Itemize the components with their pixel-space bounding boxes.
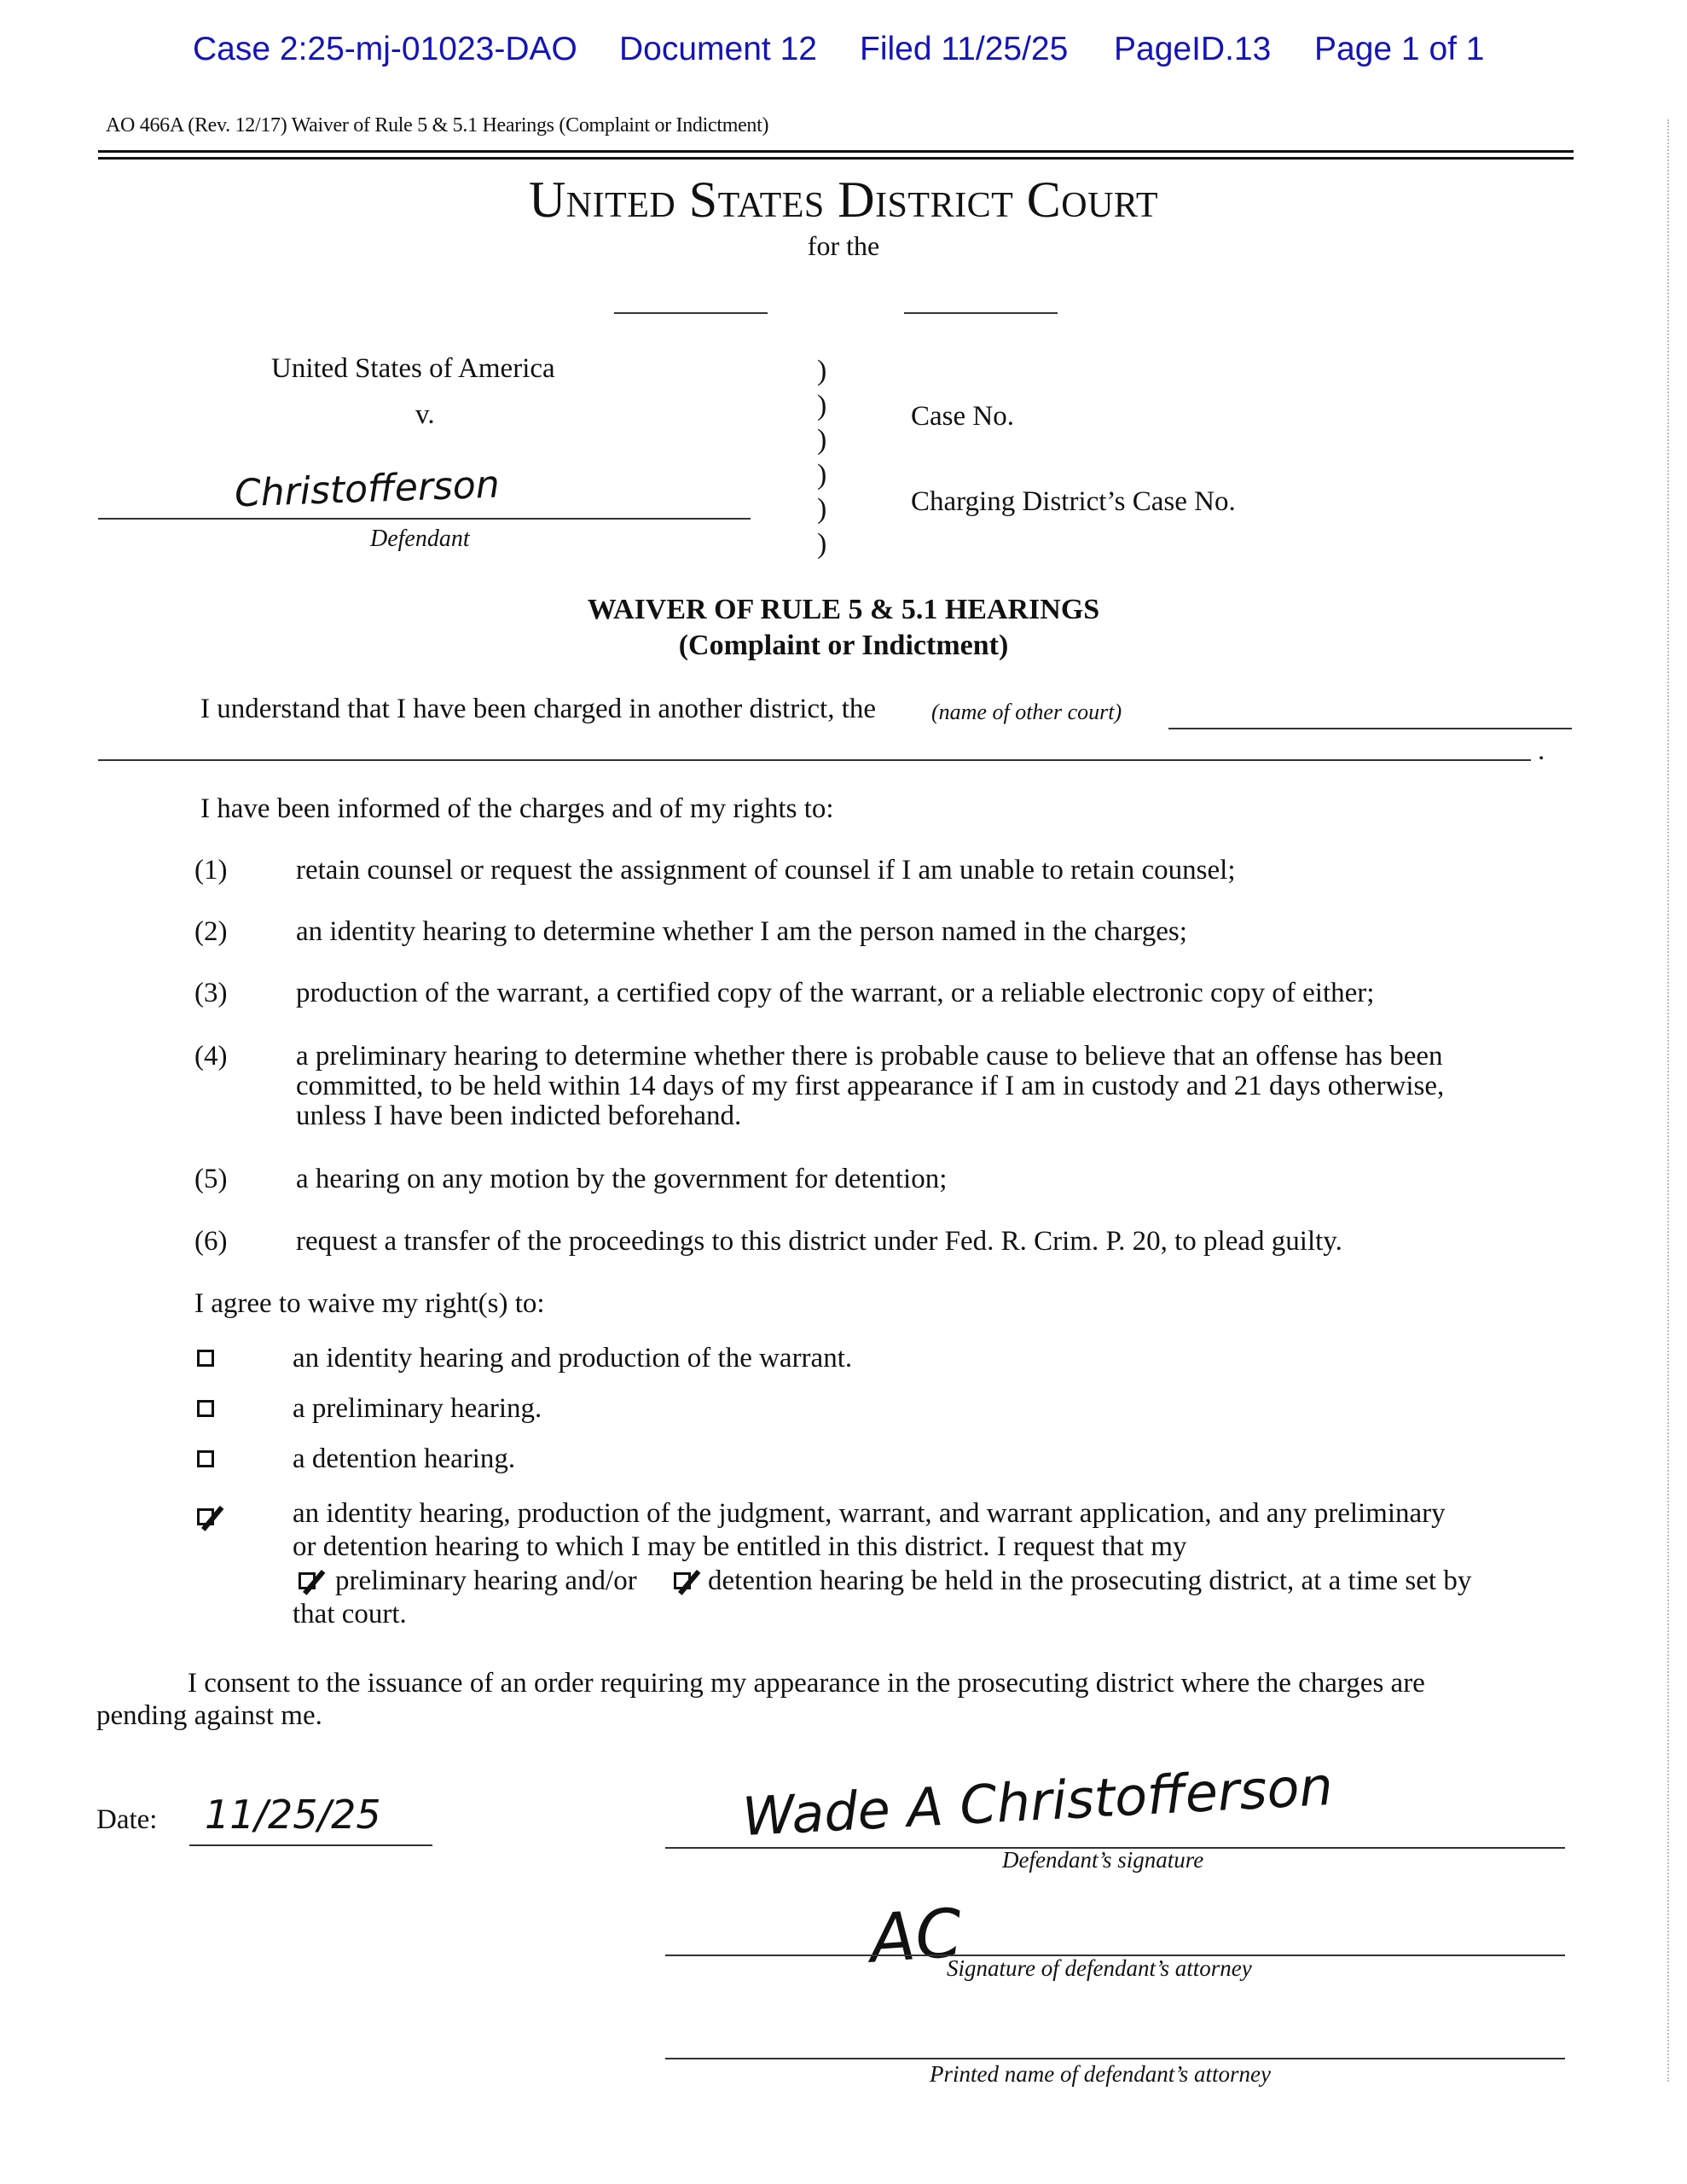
checkbox-detention[interactable] [197,1450,214,1467]
checkbox-preliminary[interactable] [197,1400,214,1417]
option-label: a detention hearing. [293,1443,515,1475]
scan-edge [1667,119,1669,2082]
consent-text-line2: pending against me. [96,1700,322,1732]
defendant-label: Defendant [370,526,470,553]
right-number: (4) [194,1041,227,1072]
consent-text: I consent to the issuance of an order re… [188,1668,1425,1699]
checkbox-identity-judgment-all[interactable] [197,1508,214,1525]
right-number: (5) [194,1164,227,1195]
caption-paren: ) [817,424,826,456]
right-text: production of the warrant, a certified c… [296,978,1374,1009]
right-text: unless I have been indicted beforehand. [296,1101,741,1132]
option-tail: that court. [293,1599,407,1630]
form-code: AO 466A (Rev. 12/17) Waiver of Rule 5 & … [106,114,768,137]
right-number: (1) [194,855,227,886]
page-id: PageID.13 [1114,31,1271,68]
option-label: an identity hearing and production of th… [293,1343,852,1374]
defendant-signature-label: Defendant’s signature [1002,1847,1203,1873]
caption-paren: ) [817,355,826,387]
checkbox-sub-detention[interactable] [674,1572,691,1589]
attorney-printed-name-line [665,2058,1565,2059]
right-text: committed, to be held within 14 days of … [296,1071,1444,1102]
informed-text: I have been informed of the charges and … [200,793,834,825]
district-blank-1[interactable] [614,312,768,314]
option-label: an identity hearing, production of the j… [293,1498,1446,1530]
caption-paren: ) [817,390,826,422]
charging-case-no-label: Charging District’s Case No. [911,486,1236,518]
court-title: United States District Court [0,171,1687,229]
period: . [1538,735,1545,767]
case-no-label: Case No. [911,401,1014,433]
right-text: a hearing on any motion by the governmen… [296,1164,947,1195]
waiver-subtitle: (Complaint or Indictment) [0,630,1687,662]
defendant-name-field[interactable]: Christofferson [234,463,500,516]
for-the-label: for the [0,230,1687,262]
right-text: retain counsel or request the assignment… [296,855,1236,886]
date-field[interactable]: 11/25/25 [205,1792,381,1838]
attorney-printed-name-label: Printed name of defendant’s attorney [930,2061,1271,2088]
other-court-field-line2[interactable] [98,759,1531,761]
header-rule-bottom [98,157,1574,160]
sub-detention-label: detention hearing be held in the prosecu… [708,1565,1471,1597]
intro-text: I understand that I have been charged in… [200,694,876,725]
date-line [189,1844,432,1846]
caption-paren: ) [817,528,826,561]
versus: v. [415,399,435,431]
other-court-hint: (name of other court) [931,700,1122,725]
option-label: a preliminary hearing. [293,1393,542,1425]
page-count: Page 1 of 1 [1314,31,1485,68]
right-text: an identity hearing to determine whether… [296,916,1187,948]
option-label: or detention hearing to which I may be e… [293,1531,1186,1563]
filed-date: Filed 11/25/25 [860,31,1068,68]
checkbox-identity-warrant[interactable] [197,1350,214,1367]
attorney-signature-label: Signature of defendant’s attorney [947,1955,1252,1982]
checkbox-sub-preliminary[interactable] [299,1572,316,1589]
header-rule-top [98,150,1574,153]
defendant-name-line [98,518,751,520]
agree-text: I agree to waive my right(s) to: [194,1288,545,1320]
case-number: Case 2:25-mj-01023-DAO [193,31,577,68]
plaintiff-name: United States of America [271,353,555,385]
caption-paren: ) [817,459,826,491]
document-number: Document 12 [619,31,817,68]
defendant-signature-field[interactable]: Wade A Christofferson [741,1755,1335,1848]
date-label: Date: [96,1804,157,1836]
right-number: (3) [194,978,227,1009]
district-blank-2[interactable] [904,312,1058,314]
right-text: a preliminary hearing to determine wheth… [296,1041,1443,1072]
right-number: (2) [194,916,227,948]
right-text: request a transfer of the proceedings to… [296,1226,1342,1258]
waiver-title: WAIVER OF RULE 5 & 5.1 HEARINGS [0,594,1687,626]
sub-preliminary-label: preliminary hearing and/or [335,1565,637,1597]
caption-paren: ) [817,493,826,526]
right-number: (6) [194,1226,227,1258]
other-court-field[interactable] [1168,728,1572,729]
